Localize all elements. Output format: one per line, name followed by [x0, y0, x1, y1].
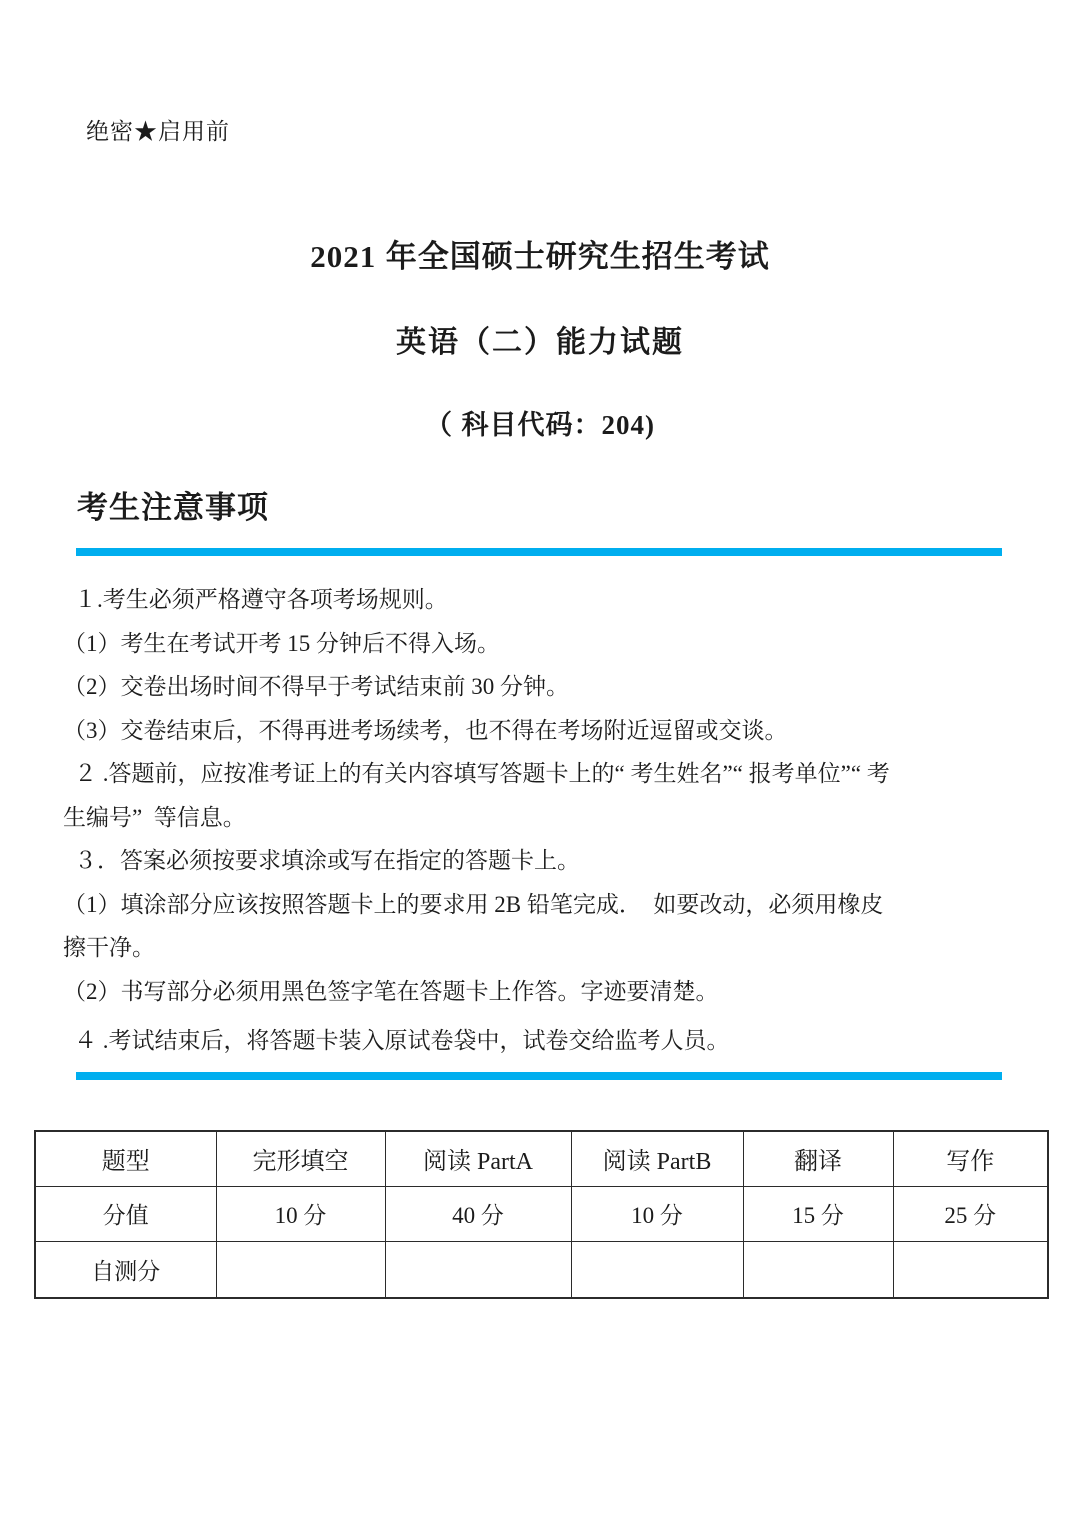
score-cell: 10 分 [216, 1186, 385, 1241]
col-header-reading-part-b: 阅读 PartB [571, 1131, 743, 1186]
score-cell: 40 分 [385, 1186, 571, 1241]
col-header-cloze: 完形填空 [216, 1131, 385, 1186]
subject-title: 英语（二）能力试题 [0, 317, 1080, 361]
notice-line: 擦干净。 [63, 926, 1023, 970]
notice-line: （1）填涂部分应该按照答题卡上的要求用 2B 铅笔完成． 如要改动，必须用橡皮 [63, 883, 1023, 927]
score-cell: 15 分 [743, 1186, 893, 1241]
self-test-score-cell [743, 1241, 893, 1298]
exam-year: 2021 [310, 239, 376, 274]
self-test-score-cell [571, 1241, 743, 1298]
score-value-row: 分值 10 分 40 分 10 分 15 分 25 分 [35, 1186, 1048, 1241]
notice-list: １.考生必须严格遵守各项考场规则。 （1）考生在考试开考 15 分钟后不得入场。… [63, 578, 1023, 1063]
accent-divider-bottom [76, 1072, 1002, 1080]
subject-code-number: 204) [602, 410, 656, 440]
notice-line: ２ .答题前，应按准考证上的有关内容填写答题卡上的“ 考生姓名”“ 报考单位”“… [63, 752, 1023, 796]
notice-line: ４ .考试结束后，将答题卡装入原试卷袋中，试卷交给监考人员。 [63, 1019, 1023, 1063]
score-cell: 25 分 [893, 1186, 1048, 1241]
col-header-reading-part-a: 阅读 PartA [385, 1131, 571, 1186]
col-header-question-type: 题型 [35, 1131, 216, 1186]
notice-line: （3）交卷结束后，不得再进考场续考，也不得在考场附近逗留或交谈。 [63, 709, 1023, 753]
row-label-score: 分值 [35, 1186, 216, 1241]
row-label-self-test-score: 自测分 [35, 1241, 216, 1298]
exam-cover-page: 绝密★启用前 2021 年全国硕士研究生招生考试 英语（二）能力试题 （ 科目代… [0, 0, 1080, 1528]
accent-divider-top [76, 548, 1002, 556]
notice-line: ３．答案必须按要求填涂或写在指定的答题卡上。 [63, 839, 1023, 883]
security-classification-label: 绝密★启用前 [86, 113, 230, 146]
self-test-score-cell [893, 1241, 1048, 1298]
subject-code-label: （ 科目代码： [425, 410, 602, 440]
notice-line: 生编号” 等信息。 [63, 796, 1023, 840]
notice-line: （2）书写部分必须用黑色签字笔在答题卡上作答。字迹要清楚。 [63, 970, 1023, 1014]
score-cell: 10 分 [571, 1186, 743, 1241]
notice-line: １.考生必须严格遵守各项考场规则。 [63, 578, 1023, 622]
score-table: 题型 完形填空 阅读 PartA 阅读 PartB 翻译 写作 分值 10 分 … [34, 1130, 1049, 1299]
self-test-score-row: 自测分 [35, 1241, 1048, 1298]
self-test-score-cell [385, 1241, 571, 1298]
exam-title-text: 年全国硕士研究生招生考试 [376, 239, 770, 274]
exam-title: 2021 年全国硕士研究生招生考试 [0, 231, 1080, 276]
notice-line: （1）考生在考试开考 15 分钟后不得入场。 [63, 622, 1023, 666]
subject-code-line: （ 科目代码：204) [0, 403, 1080, 442]
notice-heading: 考生注意事项 [77, 482, 269, 527]
col-header-writing: 写作 [893, 1131, 1048, 1186]
notice-line: （2）交卷出场时间不得早于考试结束前 30 分钟。 [63, 665, 1023, 709]
self-test-score-cell [216, 1241, 385, 1298]
table-header-row: 题型 完形填空 阅读 PartA 阅读 PartB 翻译 写作 [35, 1131, 1048, 1186]
col-header-translation: 翻译 [743, 1131, 893, 1186]
